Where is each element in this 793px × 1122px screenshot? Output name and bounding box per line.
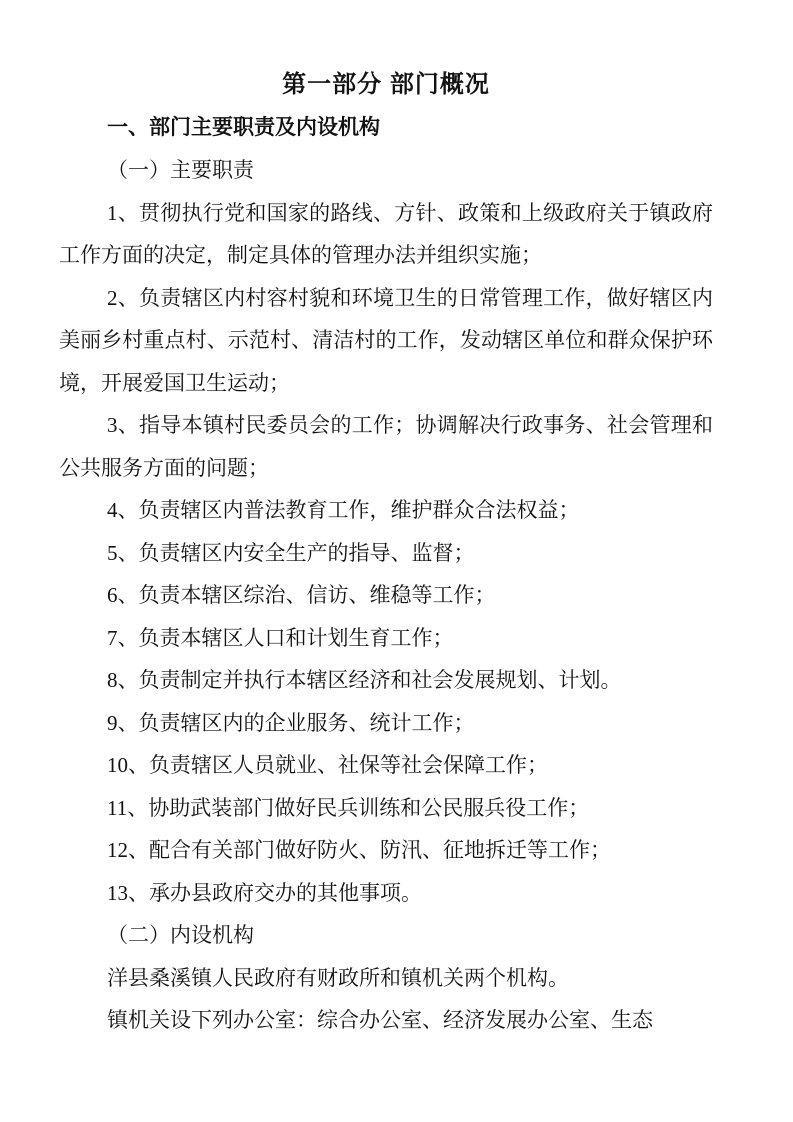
duty-paragraph-12: 12、配合有关部门做好防火、防汛、征地拆迁等工作； <box>59 829 713 872</box>
duty-paragraph-3: 3、指导本镇村民委员会的工作；协调解决行政事务、社会管理和公共服务方面的问题； <box>59 404 713 489</box>
duty-paragraph-6: 6、负责本辖区综治、信访、维稳等工作； <box>59 574 713 617</box>
sub-heading-internal-orgs: （二）内设机构 <box>59 914 713 957</box>
sub-heading-main-duties: （一）主要职责 <box>59 149 713 192</box>
duty-paragraph-8: 8、负责制定并执行本辖区经济和社会发展规划、计划。 <box>59 659 713 702</box>
duty-paragraph-13: 13、承办县政府交办的其他事项。 <box>59 872 713 915</box>
duty-paragraph-9: 9、负责辖区内的企业服务、统计工作； <box>59 702 713 745</box>
duty-paragraph-11: 11、协助武装部门做好民兵训练和公民服兵役工作； <box>59 787 713 830</box>
duty-paragraph-2: 2、负责辖区内村容村貌和环境卫生的日常管理工作，做好辖区内美丽乡村重点村、示范村… <box>59 277 713 405</box>
duty-paragraph-4: 4、负责辖区内普法教育工作，维护群众合法权益； <box>59 489 713 532</box>
duty-paragraph-7: 7、负责本辖区人口和计划生育工作； <box>59 617 713 660</box>
org-paragraph-2: 镇机关设下列办公室：综合办公室、经济发展办公室、生态 <box>59 999 713 1042</box>
duty-paragraph-5: 5、负责辖区内安全生产的指导、监督； <box>59 532 713 575</box>
doc-title: 第一部分 部门概况 <box>59 64 713 107</box>
org-paragraph-1: 洋县桑溪镇人民政府有财政所和镇机关两个机构。 <box>59 957 713 1000</box>
duty-paragraph-1: 1、贯彻执行党和国家的路线、方针、政策和上级政府关于镇政府工作方面的决定，制定具… <box>59 192 713 277</box>
main-heading: 一、部门主要职责及内设机构 <box>59 107 713 150</box>
document-page: 第一部分 部门概况 一、部门主要职责及内设机构 （一）主要职责 1、贯彻执行党和… <box>0 0 793 1122</box>
duty-paragraph-10: 10、负责辖区人员就业、社保等社会保障工作； <box>59 744 713 787</box>
